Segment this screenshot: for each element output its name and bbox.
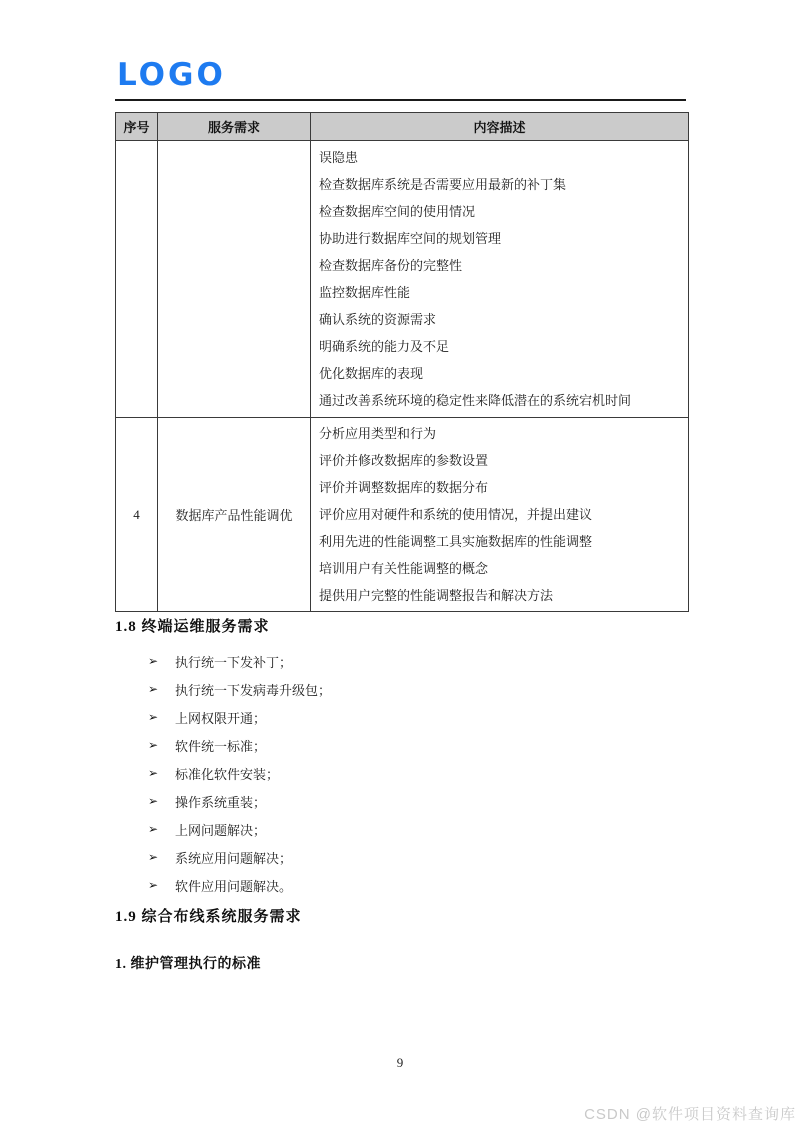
service-requirements-table: 序号 服务需求 内容描述 误隐患检查数据库系统是否需要应用最新的补丁集检查数据库… (115, 112, 689, 612)
description-line: 明确系统的能力及不足 (319, 333, 680, 360)
bullet-item: ➢ 软件应用问题解决。 (115, 871, 690, 899)
watermark: CSDN @软件项目资料查询库 (584, 1103, 796, 1124)
bullet-item: ➢ 执行统一下发病毒升级包； (115, 675, 690, 703)
bullet-item-label: 软件应用问题解决。 (175, 876, 292, 895)
arrow-bullet-icon: ➢ (148, 710, 175, 725)
company-logo: LOGO (117, 57, 226, 93)
bullet-item-label: 执行统一下发病毒升级包； (175, 680, 331, 699)
description-line: 协助进行数据库空间的规划管理 (319, 225, 680, 252)
section-cabling: 1.9 综合布线系统服务需求 (115, 905, 302, 926)
description-line: 检查数据库备份的完整性 (319, 252, 680, 279)
bullet-item: ➢ 操作系统重装； (115, 787, 690, 815)
description-line: 确认系统的资源需求 (319, 306, 680, 333)
arrow-bullet-icon: ➢ (148, 682, 175, 697)
arrow-bullet-icon: ➢ (148, 794, 175, 809)
description-line: 优化数据库的表现 (319, 360, 680, 387)
arrow-bullet-icon: ➢ (148, 850, 175, 865)
bullet-item-label: 软件统一标准； (175, 736, 266, 755)
arrow-bullet-icon: ➢ (148, 738, 175, 753)
bullet-item: ➢ 软件统一标准； (115, 731, 690, 759)
header-divider (115, 99, 686, 101)
description-line: 检查数据库系统是否需要应用最新的补丁集 (319, 171, 680, 198)
sub-heading-maintenance-standard: 1. 维护管理执行的标准 (115, 953, 261, 973)
description-line: 监控数据库性能 (319, 279, 680, 306)
description-cell: 误隐患检查数据库系统是否需要应用最新的补丁集检查数据库空间的使用情况协助进行数据… (311, 141, 689, 418)
description-line: 分析应用类型和行为 (319, 420, 680, 447)
bullet-item-label: 操作系统重装； (175, 792, 266, 811)
bullet-item: ➢ 系统应用问题解决； (115, 843, 690, 871)
bullet-item: ➢ 标准化软件安装； (115, 759, 690, 787)
description-line: 通过改善系统环境的稳定性来降低潜在的系统宕机时间 (319, 387, 680, 414)
description-line: 提供用户完整的性能调整报告和解决方法 (319, 582, 680, 609)
description-line: 利用先进的性能调整工具实施数据库的性能调整 (319, 528, 680, 555)
table-header-row: 序号 服务需求 内容描述 (116, 113, 689, 141)
header-cell-number: 序号 (116, 113, 158, 141)
document-page: LOGO 序号 服务需求 内容描述 误隐患检查数据库系统是否需要应用最新的补丁集… (0, 0, 800, 1132)
description-line: 误隐患 (319, 144, 680, 171)
description-cell: 分析应用类型和行为评价并修改数据库的参数设置评价并调整数据库的数据分布评价应用对… (311, 418, 689, 612)
bullet-item: ➢ 执行统一下发补丁； (115, 647, 690, 675)
section-heading: 1.8 终端运维服务需求 (115, 615, 690, 636)
section-terminal-ops: 1.8 终端运维服务需求 ➢ 执行统一下发补丁； ➢ 执行统一下发病毒升级包； … (115, 615, 690, 899)
table-row: 4 数据库产品性能调优 分析应用类型和行为评价并修改数据库的参数设置评价并调整数… (116, 418, 689, 612)
service-name-cell: 数据库产品性能调优 (158, 418, 311, 612)
bullet-item-label: 标准化软件安装； (175, 764, 279, 783)
arrow-bullet-icon: ➢ (148, 822, 175, 837)
bullet-item-label: 上网权限开通； (175, 708, 266, 727)
description-line: 评价并修改数据库的参数设置 (319, 447, 680, 474)
row-number-cell: 4 (116, 418, 158, 612)
arrow-bullet-icon: ➢ (148, 766, 175, 781)
page-number: 9 (0, 1055, 800, 1071)
service-name-cell (158, 141, 311, 418)
description-line: 评价并调整数据库的数据分布 (319, 474, 680, 501)
section-heading: 1.9 综合布线系统服务需求 (115, 905, 302, 926)
bullet-item-label: 执行统一下发补丁； (175, 652, 292, 671)
bullet-item-label: 上网问题解决； (175, 820, 266, 839)
arrow-bullet-icon: ➢ (148, 654, 175, 669)
table-row: 误隐患检查数据库系统是否需要应用最新的补丁集检查数据库空间的使用情况协助进行数据… (116, 141, 689, 418)
bullet-list: ➢ 执行统一下发补丁； ➢ 执行统一下发病毒升级包； ➢ 上网权限开通； ➢ 软… (115, 647, 690, 899)
bullet-item: ➢ 上网问题解决； (115, 815, 690, 843)
header-cell-description: 内容描述 (311, 113, 689, 141)
description-line: 检查数据库空间的使用情况 (319, 198, 680, 225)
description-line: 培训用户有关性能调整的概念 (319, 555, 680, 582)
bullet-item-label: 系统应用问题解决； (175, 848, 292, 867)
bullet-item: ➢ 上网权限开通； (115, 703, 690, 731)
header-cell-service: 服务需求 (158, 113, 311, 141)
arrow-bullet-icon: ➢ (148, 878, 175, 893)
description-line: 评价应用对硬件和系统的使用情况，并提出建议 (319, 501, 680, 528)
row-number-cell (116, 141, 158, 418)
